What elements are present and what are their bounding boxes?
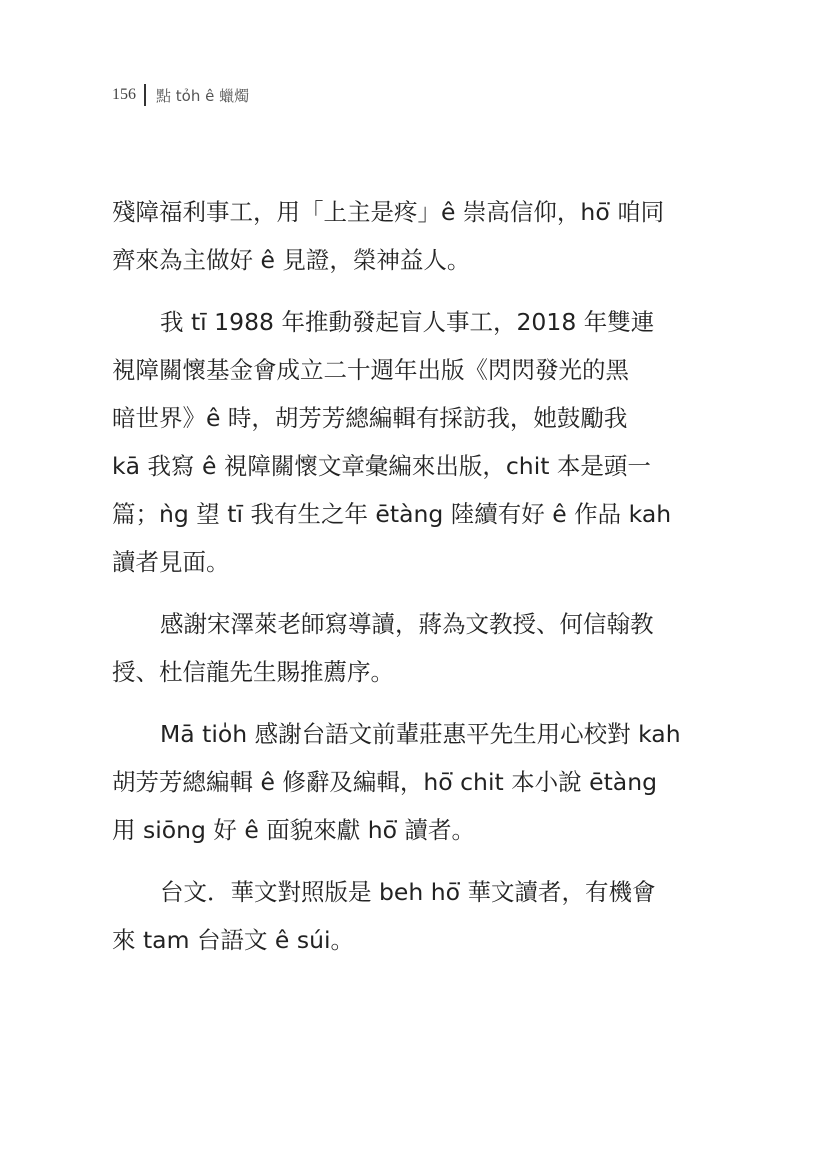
page-number: 156 (112, 86, 136, 104)
text-line: 我 tī 1988 年推動發起盲人事工，2018 年雙連 (112, 298, 712, 346)
paragraph-4: Mā tio̍h 感謝台語文前輩莊惠平先生用心校對 kah 胡芳芳總編輯 ê 修… (112, 710, 712, 854)
text-line: 齊來為主做好 ê 見證，榮神益人。 (112, 236, 712, 284)
running-head: 156 點 tỏh ê 蠟燭 (112, 84, 249, 106)
text-line: 授、杜信龍先生賜推薦序。 (112, 648, 712, 696)
header-divider (144, 84, 146, 106)
text-line: 台文．華文對照版是 beh hō͘ 華文讀者，有機會 (112, 868, 712, 916)
paragraph-1: 殘障福利事工，用「上主是疼」ê 崇高信仰，hō͘ 咱同 齊來為主做好 ê 見證，… (112, 188, 712, 284)
paragraph-5: 台文．華文對照版是 beh hō͘ 華文讀者，有機會 來 tam 台語文 ê s… (112, 868, 712, 964)
text-line: 感謝宋澤萊老師寫導讀，蔣為文教授、何信翰教 (112, 600, 712, 648)
text-line: Mā tio̍h 感謝台語文前輩莊惠平先生用心校對 kah (112, 710, 712, 758)
text-line: 殘障福利事工，用「上主是疼」ê 崇高信仰，hō͘ 咱同 (112, 188, 712, 236)
text-line: 來 tam 台語文 ê súi。 (112, 916, 712, 964)
book-title: 點 tỏh ê 蠟燭 (156, 85, 249, 106)
text-line: 讀者見面。 (112, 538, 712, 586)
paragraph-3: 感謝宋澤萊老師寫導讀，蔣為文教授、何信翰教 授、杜信龍先生賜推薦序。 (112, 600, 712, 696)
text-line: 暗世界》ê 時，胡芳芳總編輯有採訪我，她鼓勵我 (112, 394, 712, 442)
text-line: 篇；ǹg 望 tī 我有生之年 ētàng 陸續有好 ê 作品 kah (112, 490, 712, 538)
text-line: kā 我寫 ê 視障關懷文章彙編來出版，chit 本是頭一 (112, 442, 712, 490)
text-line: 視障關懷基金會成立二十週年出版《閃閃發光的黑 (112, 346, 712, 394)
text-line: 用 siōng 好 ê 面貌來獻 hō͘ 讀者。 (112, 806, 712, 854)
paragraph-2: 我 tī 1988 年推動發起盲人事工，2018 年雙連 視障關懷基金會成立二十… (112, 298, 712, 586)
body-text: 殘障福利事工，用「上主是疼」ê 崇高信仰，hō͘ 咱同 齊來為主做好 ê 見證，… (112, 188, 712, 964)
text-line: 胡芳芳總編輯 ê 修辭及編輯，hō͘ chit 本小說 ētàng (112, 758, 712, 806)
